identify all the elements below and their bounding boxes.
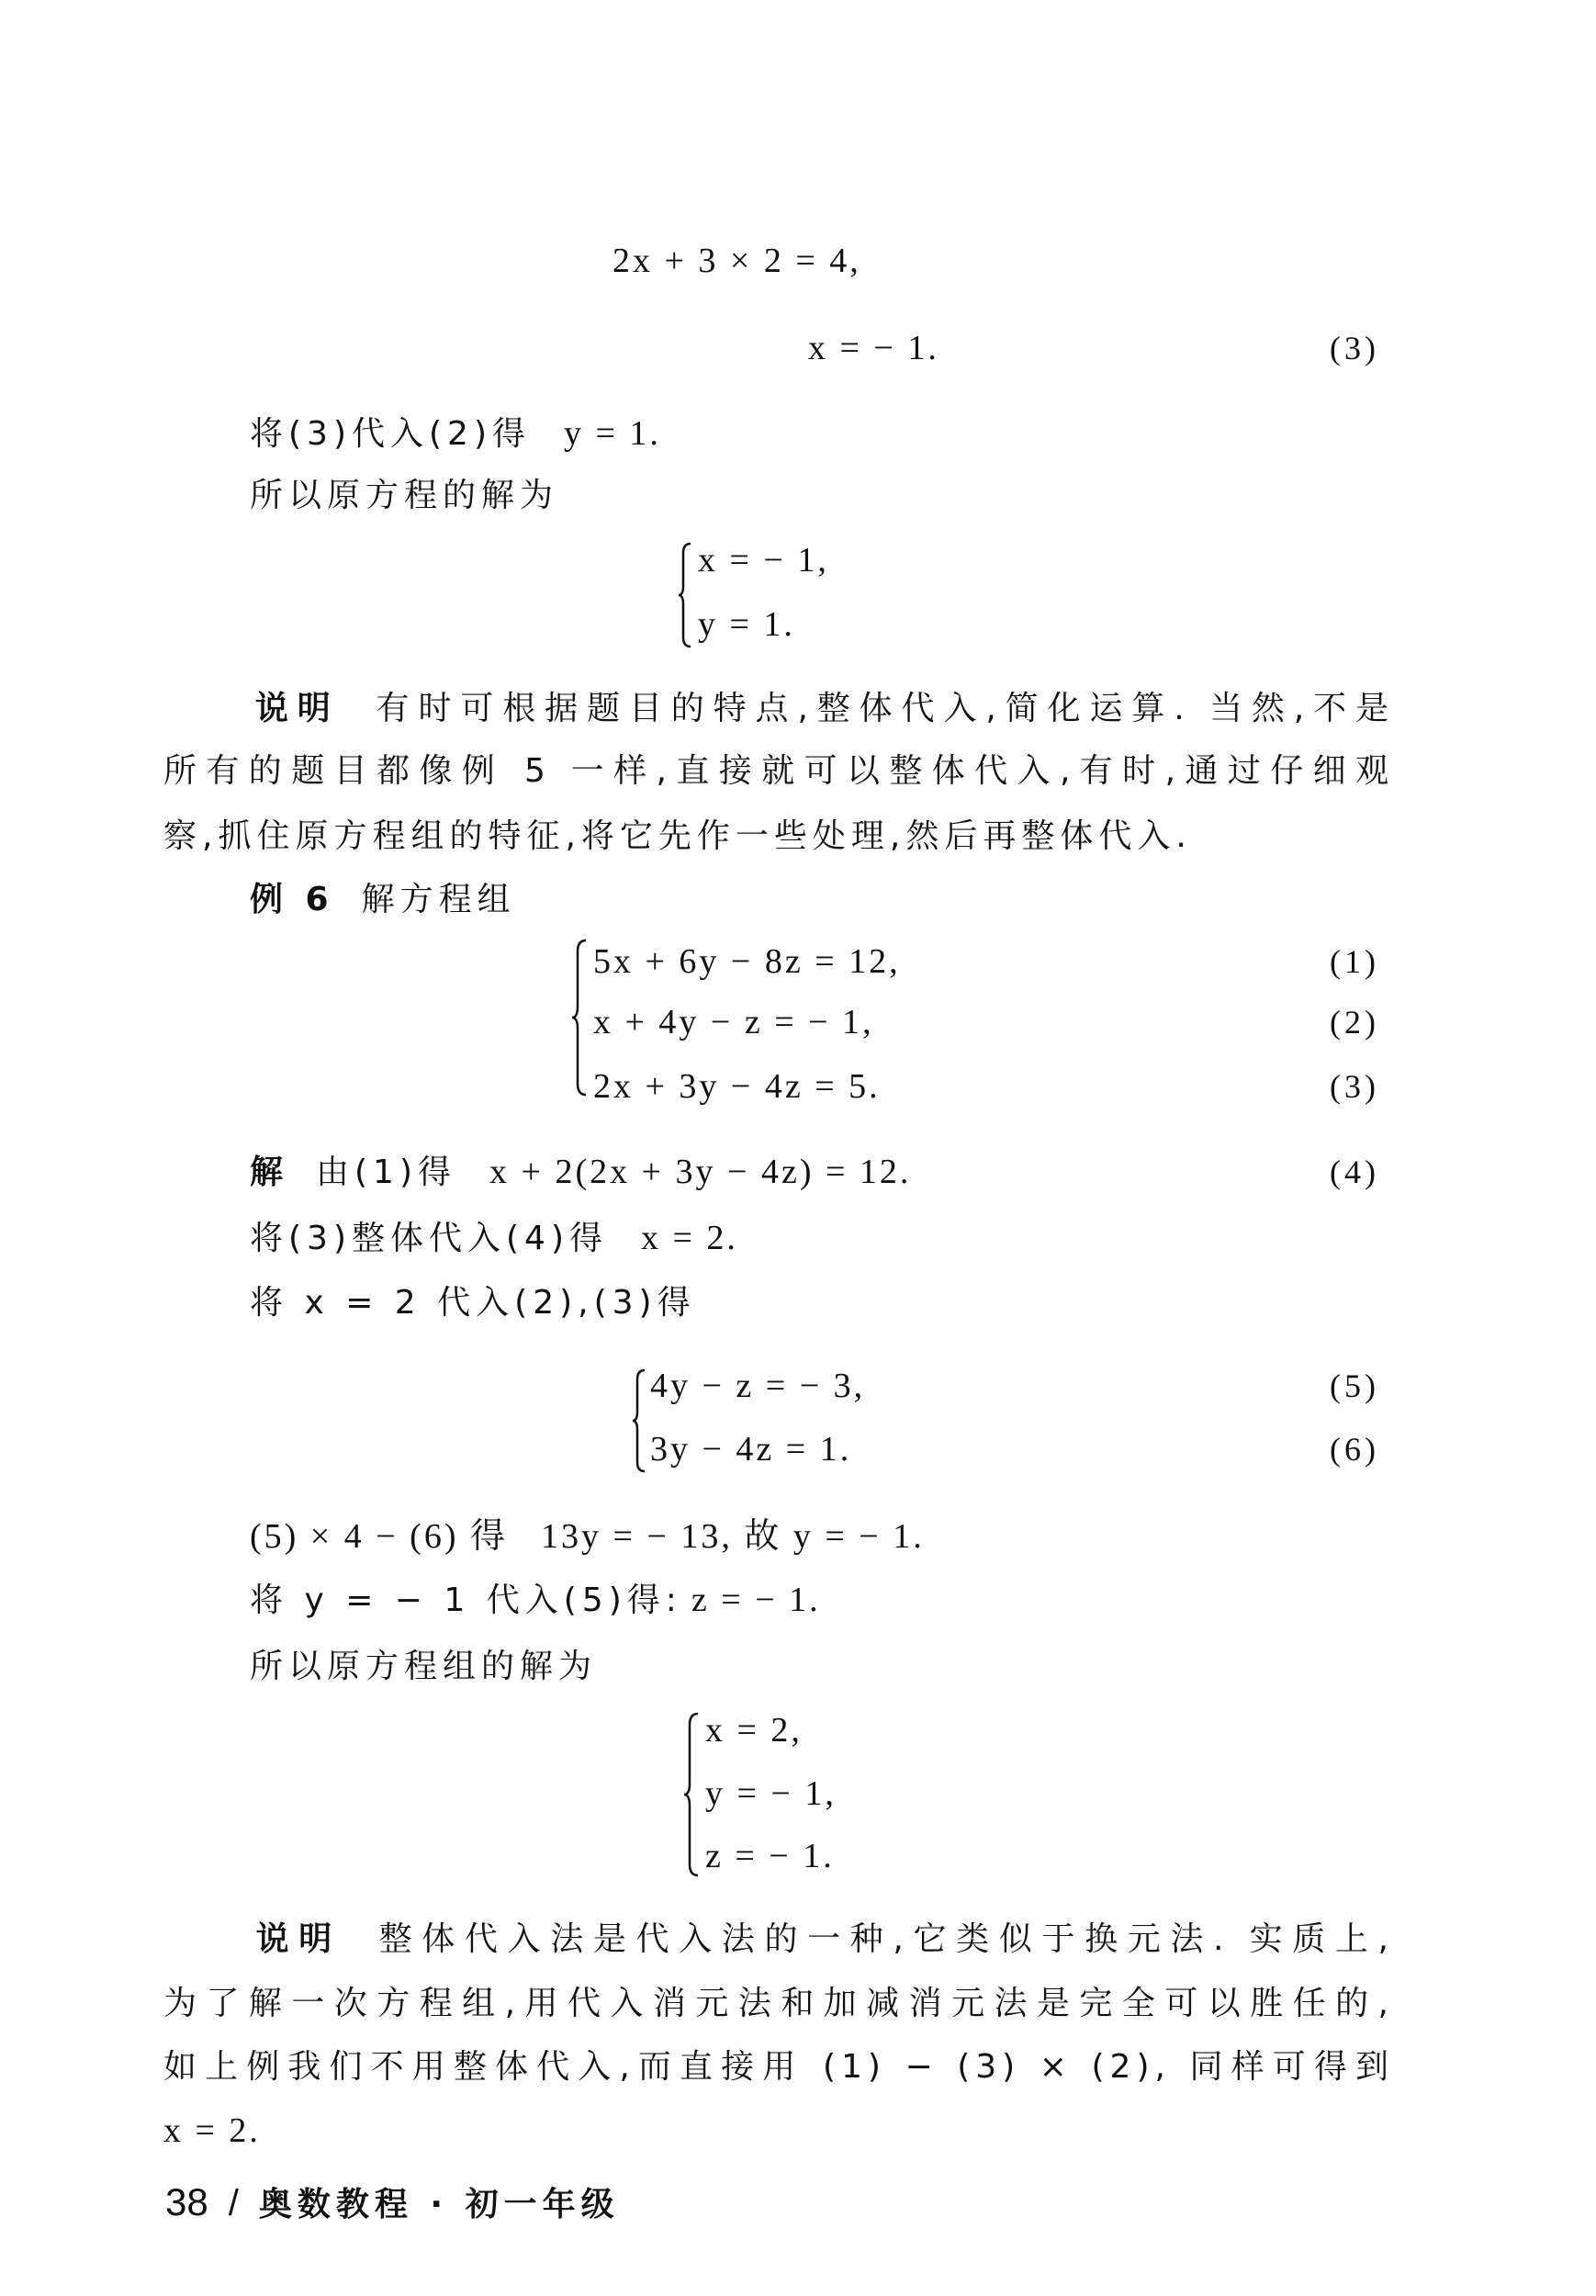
- body-text: 由(1)得: [316, 1154, 456, 1191]
- page-number: 38: [165, 2180, 208, 2223]
- equation-number: (2): [1330, 1002, 1379, 1042]
- body-text: 所以原方程的解为: [250, 476, 558, 516]
- example-label: 例 6: [250, 881, 334, 918]
- solution-line: x = − 1,: [698, 540, 829, 580]
- system-equation: 2x + 3y − 4z = 5.: [593, 1066, 881, 1107]
- solution-step: (5) × 4 − (6) 得13y = − 13, 故 y = − 1.: [250, 1516, 925, 1557]
- math-inline: 13y = − 13, 故 y = − 1.: [541, 1517, 925, 1556]
- body-text: 有时可根据题目的特点,整体代入,简化运算. 当然,不是: [373, 690, 1394, 727]
- example-heading: 例 6解方程组: [250, 880, 516, 920]
- equation-line: 2x + 3 × 2 = 4,: [613, 241, 861, 281]
- solution-step: 解由(1)得x + 2(2x + 3y − 4z) = 12.: [250, 1152, 911, 1192]
- body-text: 将(3)代入(2)得: [250, 415, 531, 453]
- solution-line: x = 2,: [705, 1710, 803, 1750]
- equation-number: (3): [1330, 1066, 1379, 1107]
- system-equation: 5x + 6y − 8z = 12,: [593, 941, 901, 982]
- note-label: 说明: [252, 1920, 342, 1958]
- example-title: 解方程组: [362, 881, 516, 918]
- body-text: 将(3)整体代入(4)得: [250, 1220, 608, 1257]
- solution-step: 将 x = 2 代入(2),(3)得: [250, 1283, 696, 1323]
- equation-number: (3): [1330, 328, 1379, 368]
- math-inline: x + 2(2x + 3y − 4z) = 12.: [489, 1153, 911, 1191]
- substitute-line: 将(3)代入(2)得y = 1.: [250, 413, 661, 454]
- system-equation: x + 4y − z = − 1,: [593, 1002, 874, 1042]
- note-paragraph-line: 说明整体代入法是代入法的一种,它类似于换元法. 实质上,: [163, 1919, 1394, 1960]
- solution-step: 将(3)整体代入(4)得x = 2.: [250, 1218, 738, 1258]
- body-text: 如上例我们不用整体代入,而直接用 (1) − (3) × (2), 同样可得到: [163, 2047, 1394, 2088]
- footer-separator: /: [229, 2183, 239, 2223]
- system-equation: 4y − z = − 3,: [650, 1366, 865, 1406]
- body-text: (5) × 4 − (6) 得: [250, 1517, 508, 1556]
- book-title: 奥数教程 · 初一年级: [259, 2186, 620, 2223]
- body-text: 整体代入法是代入法的一种,它类似于换元法. 实质上,: [375, 1920, 1394, 1958]
- system-equation: 3y − 4z = 1.: [650, 1429, 851, 1469]
- solution-line: z = − 1.: [705, 1836, 835, 1876]
- math-inline: y = 1.: [564, 414, 661, 453]
- textbook-page: 2x + 3 × 2 = 4, x = − 1. (3) 将(3)代入(2)得y…: [0, 0, 1596, 2296]
- body-text: 所以原方程组的解为: [250, 1647, 597, 1687]
- equation-number: (6): [1330, 1429, 1379, 1469]
- math-inline: x = 2.: [163, 2110, 261, 2151]
- page-footer: 38/奥数教程 · 初一年级: [165, 2180, 620, 2227]
- body-text: 为了解一次方程组,用代入消元法和加减消元法是完全可以胜任的,: [163, 1984, 1394, 2024]
- equation-number: (4): [1330, 1152, 1379, 1192]
- solution-line: y = − 1,: [705, 1773, 837, 1814]
- equation-number: (1): [1330, 941, 1379, 982]
- note-label: 说明: [252, 690, 340, 727]
- body-text: 将 y = − 1 代入(5)得:: [250, 1581, 682, 1619]
- solution-step: 将 y = − 1 代入(5)得:z = − 1.: [250, 1580, 821, 1620]
- left-brace-icon: [571, 939, 588, 1097]
- left-brace-icon: [678, 542, 692, 648]
- body-text: 所有的题目都像例 5 一样,直接就可以整体代入,有时,通过仔细观: [163, 751, 1394, 792]
- math-inline: x = 2.: [641, 1219, 738, 1257]
- body-text: 察,抓住原方程组的特征,将它先作一些处理,然后再整体代入.: [163, 816, 1394, 857]
- equation-line: x = − 1.: [808, 328, 939, 368]
- equation-number: (5): [1330, 1366, 1379, 1406]
- note-paragraph-line: 说明有时可根据题目的特点,整体代入,简化运算. 当然,不是: [163, 689, 1394, 729]
- solution-label: 解: [250, 1154, 288, 1191]
- solution-line: y = 1.: [698, 604, 795, 645]
- math-inline: z = − 1.: [691, 1581, 821, 1619]
- left-brace-icon: [632, 1368, 646, 1473]
- left-brace-icon: [683, 1712, 700, 1877]
